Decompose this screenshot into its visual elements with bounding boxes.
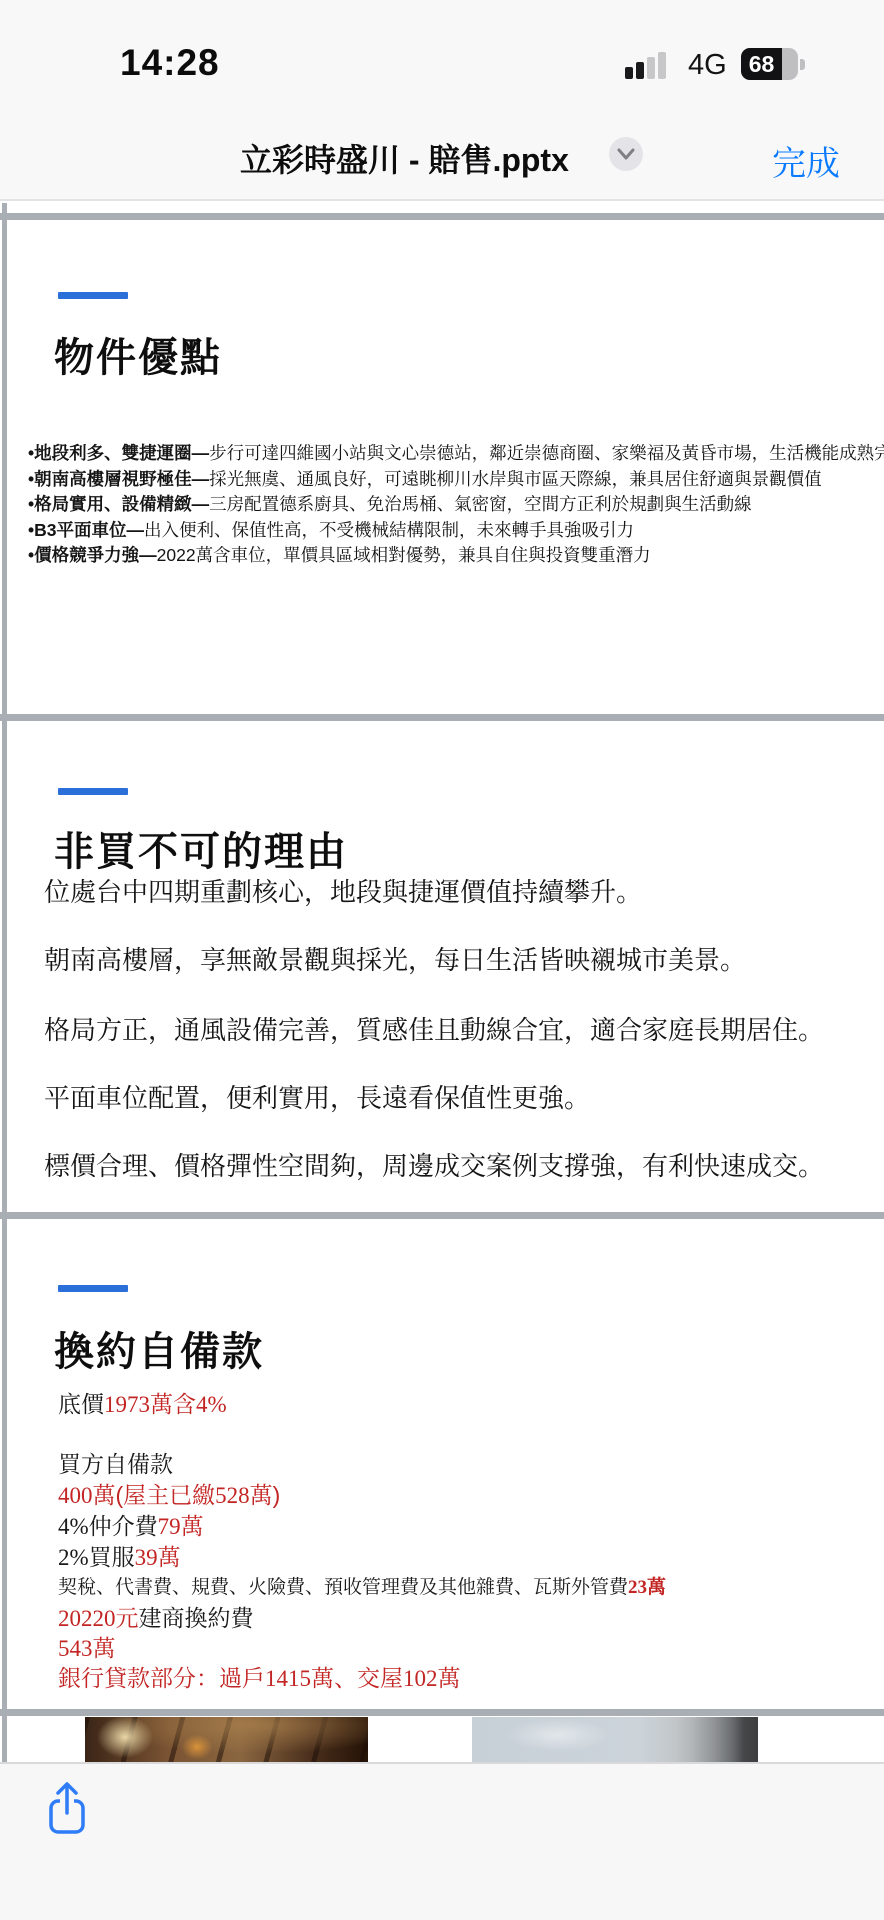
done-button[interactable]: 完成 (772, 136, 840, 185)
share-icon (44, 1825, 90, 1842)
title-options-button[interactable] (609, 137, 643, 171)
paragraph: 標價合理、價格彈性空間夠，周邊成交案例支撐強，有利快速成交。 (44, 1146, 824, 1183)
bottom-toolbar (0, 1762, 884, 1920)
bullet-item: •地段利多、雙捷運圈—步行可達四維國小站與文心崇德站，鄰近崇德商圈、家樂福及黃昏… (28, 441, 874, 467)
battery-icon: 68 (741, 48, 798, 80)
bullet-item: •B3平面車位—出入便利、保值性高，不受機械結構限制，未來轉手具強吸引力 (28, 518, 874, 544)
slide-title: 換約自備款 (54, 1320, 264, 1377)
accent-bar (58, 1285, 128, 1292)
battery-percent: 68 (741, 48, 782, 80)
slide-separator (0, 213, 884, 220)
fee-line-floor-price: 底價1973萬含4% (58, 1386, 227, 1419)
fee-line-543: 543萬 (58, 1630, 116, 1663)
fee-line-agent-fee: 4%仲介費79萬 (58, 1508, 204, 1541)
fee-line-buyer-downpayment: 買方自備款 (58, 1446, 173, 1479)
quicklook-screen: 14:28 4G 68 立彩時盛川 - 賠售.pptx 完成 物件優點 (0, 0, 884, 1920)
bullet-item: •朝南高樓層視野極佳—採光無虞、通風良好，可遠眺柳川水岸與市區天際線，兼具居住舒… (28, 467, 874, 493)
bullet-item: •格局實用、設備精緻—三房配置德系廚具、免治馬桶、氣密窗，空間方正利於規劃與生活… (28, 492, 874, 518)
fee-line-contract-change: 20220元建商換約費 (58, 1600, 254, 1633)
slide-separator (0, 1709, 884, 1716)
fee-line-400: 400萬(屋主已繳528萬) (58, 1477, 280, 1510)
slide-separator (0, 1212, 884, 1219)
paragraph: 格局方正，通風設備完善，質感佳且動線合宜，適合家庭長期居住。 (44, 1010, 824, 1047)
lobby-interior-photo (85, 1717, 368, 1762)
cellular-signal-icon (625, 51, 671, 79)
paragraph: 平面車位配置，便利實用，長遠看保值性更強。 (44, 1078, 590, 1115)
paragraph: 朝南高樓層，享無敵景觀與採光，每日生活皆映襯城市美景。 (44, 940, 746, 977)
fee-line-bank-loan: 銀行貸款部分：過戶1415萬、交屋102萬 (58, 1660, 461, 1693)
share-button[interactable] (44, 1780, 90, 1838)
building-sky-photo (472, 1717, 758, 1762)
bullet-item: •價格競爭力強—2022萬含車位，單價具區域相對優勢，兼具自住與投資雙重潛力 (28, 543, 874, 569)
slide-separator (0, 714, 884, 721)
network-type-label: 4G (688, 49, 727, 82)
accent-bar (58, 788, 128, 795)
paragraph: 位處台中四期重劃核心，地段與捷運價值持續攀升。 (44, 872, 642, 909)
battery-cap (800, 59, 805, 70)
accent-bar (58, 292, 128, 299)
fee-line-misc: 契稅、代書費、規費、火險費、預收管理費及其他雜費、瓦斯外管費23萬 (58, 1572, 666, 1599)
top-bar: 14:28 4G 68 立彩時盛川 - 賠售.pptx 完成 (0, 0, 884, 201)
slide-title: 非買不可的理由 (54, 820, 348, 877)
status-time: 14:28 (120, 42, 220, 84)
document-title: 立彩時盛川 - 賠售.pptx (240, 135, 600, 181)
bullet-list: •地段利多、雙捷運圈—步行可達四維國小站與文心崇德站，鄰近崇德商圈、家樂福及黃昏… (28, 441, 874, 569)
page-left-edge (2, 203, 7, 1762)
slide-title: 物件優點 (54, 326, 222, 383)
fee-line-buyer-service: 2%買服39萬 (58, 1539, 181, 1572)
